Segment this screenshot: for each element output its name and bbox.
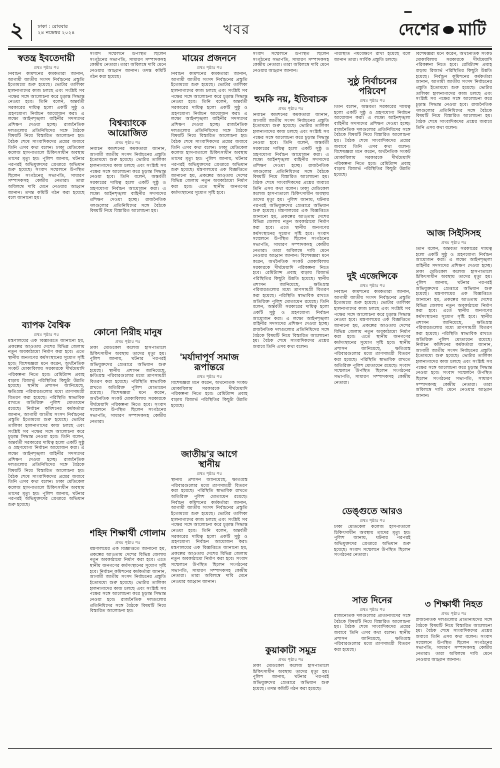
- article-headline: ডেঙ্গুতে আরও: [334, 507, 411, 517]
- article-headline: মায়ের প্রজননে: [171, 54, 248, 64]
- article-headline: ৩ শিক্ষার্থী নিহত: [416, 600, 493, 610]
- continued-from-label: প্রথম পৃষ্ঠার পর: [253, 106, 330, 111]
- continued-from-label: প্রথম পৃষ্ঠার পর: [334, 283, 411, 288]
- article-body-text: রাজনৈতিক দলগুলোর প্রতিনিধিদের সঙ্গে বৈঠক…: [416, 618, 493, 743]
- continued-from-label: প্রথম পৃষ্ঠার পর: [171, 65, 248, 70]
- dateline-date: ২৪ নভেম্বর ২০২৪: [38, 30, 75, 37]
- article-body-text: নির্বাচন কমিশনের কর্মকর্তারা জানান, আগাম…: [90, 147, 167, 323]
- continued-from-label: প্রথম পৃষ্ঠার পর: [416, 240, 493, 245]
- continued-from-label: প্রথম পৃষ্ঠার পর: [171, 374, 248, 379]
- continued-from-label: প্রথম পৃষ্ঠার পর: [90, 140, 167, 145]
- footer-rule: [8, 748, 492, 749]
- dateline: ঢাকা : রোববার ২৪ নভেম্বর ২০২৪: [38, 24, 75, 37]
- article-body-text: মন্ত্রণালয়ের এক বিজ্ঞপ্তিতে জানানো হয়,…: [90, 547, 167, 743]
- article-body-text: সংবাদ সম্মেলনে উপস্থিত ছিলেন সংগঠনের সভা…: [90, 52, 167, 114]
- masthead-dot-icon: [443, 26, 454, 34]
- header-divider: [31, 20, 32, 41]
- article-headline: সুষ্ঠু নির্বাচনের পরিবেশ: [334, 77, 411, 97]
- article-headline: ব্যাপক বৈশ্বিক: [8, 321, 85, 331]
- article-body-text: বিশেষজ্ঞরা মনে করেন, অর্থনৈতিক সংকট মোকা…: [416, 52, 493, 224]
- article-body-text: নির্বাচন কমিশনের কর্মকর্তারা জানান, আগাম…: [171, 72, 248, 348]
- article-body-text: তিনি বলেন, অন্তর্বর্তী সরকারের দায়িত্ব …: [416, 247, 493, 595]
- masthead-word-2: মাটি: [458, 17, 486, 44]
- continued-from-label: প্রথম পৃষ্ঠার পর: [253, 657, 330, 662]
- article-body-text: বিশেষজ্ঞরা মনে করেন, অর্থনৈতিক সংকট মোকা…: [171, 381, 248, 445]
- article-body-text: নির্বাচন কমিশনের কর্মকর্তারা জানান, আগাম…: [253, 113, 330, 641]
- continued-from-label: প্রথম পৃষ্ঠার পর: [334, 518, 411, 523]
- article-body-text: ঢাকা মেডিকেল কলেজ হাসপাতালে চিকিৎসাধীন অ…: [253, 664, 330, 743]
- article-body-text: মন্ত্রণালয়ের এক বিজ্ঞপ্তিতে জানানো হয়,…: [8, 339, 85, 743]
- continued-from-label: প্রথম পৃষ্ঠার পর: [171, 471, 248, 476]
- article-headline: স্বতন্ত্র ইবতেদায়ী: [8, 54, 85, 64]
- column-6: বিশেষজ্ঞরা মনে করেন, অর্থনৈতিক সংকট মোকা…: [416, 52, 493, 746]
- continued-from-label: প্রথম পৃষ্ঠার পর: [334, 607, 411, 612]
- article-headline: বিশ্বব্যাংকে আয়োজিত: [90, 119, 167, 139]
- article-headline: দুই এজেন্সিকে: [334, 272, 411, 282]
- article-body-text: ঢাকা মেডিকেল কলেজ হাসপাতালে চিকিৎসাধীন অ…: [334, 525, 411, 591]
- article-body-text: রাজনৈতিক দলগুলোর প্রতিনিধিদের সঙ্গে বৈঠক…: [334, 614, 411, 743]
- article-headline: হুমকি নয়, ইতিবাচক: [253, 95, 330, 105]
- column-3: মায়ের প্রজননেপ্রথম পৃষ্ঠার পরনির্বাচন ক…: [171, 52, 248, 746]
- header-rule-thick: [8, 48, 492, 50]
- continued-from-label: প্রথম পৃষ্ঠার পর: [8, 65, 85, 70]
- article-body-text: নির্বাচন কমিশনের কর্মকর্তারা জানান, আগাম…: [334, 290, 411, 502]
- continued-from-label: প্রথম পৃষ্ঠার পর: [90, 339, 167, 344]
- article-headline: কুয়াকাটা সমুদ্র: [253, 646, 330, 656]
- article-body-text: ঢাকা মেডিকেল কলেজ হাসপাতালে চিকিৎসাধীন অ…: [90, 346, 167, 524]
- article-headline: জাতীয়'র আগে স্থানীয়: [171, 450, 248, 470]
- masthead: দেশের মাটি: [398, 17, 490, 44]
- masthead-ornament: [404, 11, 412, 13]
- article-headline: কোনো নিরীহ মানুষ: [90, 328, 167, 338]
- article-body-text: সংবাদ সম্মেলনে উপস্থিত ছিলেন সংগঠনের সভা…: [253, 52, 330, 90]
- article-body-text: তিনি বলেন, অন্তর্বর্তী সরকারের দায়িত্ব …: [334, 105, 411, 267]
- article-body-text: পরিস্থিতি পর্যবেক্ষণে রাখা হয়েছে বলে জা…: [334, 52, 411, 72]
- newspaper-page: ২ ঢাকা : রোববার ২৪ নভেম্বর ২০২৪ খবর দেশে…: [0, 0, 500, 768]
- article-headline: আজ সিইসিসহ: [416, 229, 493, 239]
- masthead-word-1: দেশের: [398, 17, 439, 44]
- continued-from-label: প্রথম পৃষ্ঠার পর: [8, 332, 85, 337]
- section-title: খবর: [75, 19, 399, 42]
- article-columns: স্বতন্ত্র ইবতেদায়ীপ্রথম পৃষ্ঠার পরনির্ব…: [8, 52, 492, 746]
- page-number: ২: [10, 19, 24, 41]
- header-rule-thin: [8, 46, 492, 47]
- column-2: সংবাদ সম্মেলনে উপস্থিত ছিলেন সংগঠনের সভা…: [90, 52, 167, 746]
- column-1: স্বতন্ত্র ইবতেদায়ীপ্রথম পৃষ্ঠার পরনির্ব…: [8, 52, 85, 746]
- header-rule: [8, 46, 492, 50]
- article-body-text: স্থানীয় প্রশাসন জানিয়েছে, ক্ষতিগ্রস্ত …: [171, 478, 248, 743]
- article-headline: 'মর্যাদাপূর্ণ সমাজ রূপান্তরে: [171, 353, 248, 373]
- article-headline: সাত দিনের: [334, 596, 411, 606]
- page-header: ২ ঢাকা : রোববার ২৪ নভেম্বর ২০২৪ খবর দেশে…: [10, 16, 490, 44]
- continued-from-label: প্রথম পৃষ্ঠার পর: [90, 540, 167, 545]
- continued-from-label: প্রথম পৃষ্ঠার পর: [334, 98, 411, 103]
- article-body-text: নির্বাচন কমিশনের কর্মকর্তারা জানান, আগাম…: [8, 72, 85, 316]
- column-4: সংবাদ সম্মেলনে উপস্থিত ছিলেন সংগঠনের সভা…: [253, 52, 330, 746]
- continued-from-label: প্রথম পৃষ্ঠার পর: [416, 611, 493, 616]
- column-5: পরিস্থিতি পর্যবেক্ষণে রাখা হয়েছে বলে জা…: [334, 52, 411, 746]
- article-headline: শহিদ শিক্ষার্থী গোলাম: [90, 529, 167, 539]
